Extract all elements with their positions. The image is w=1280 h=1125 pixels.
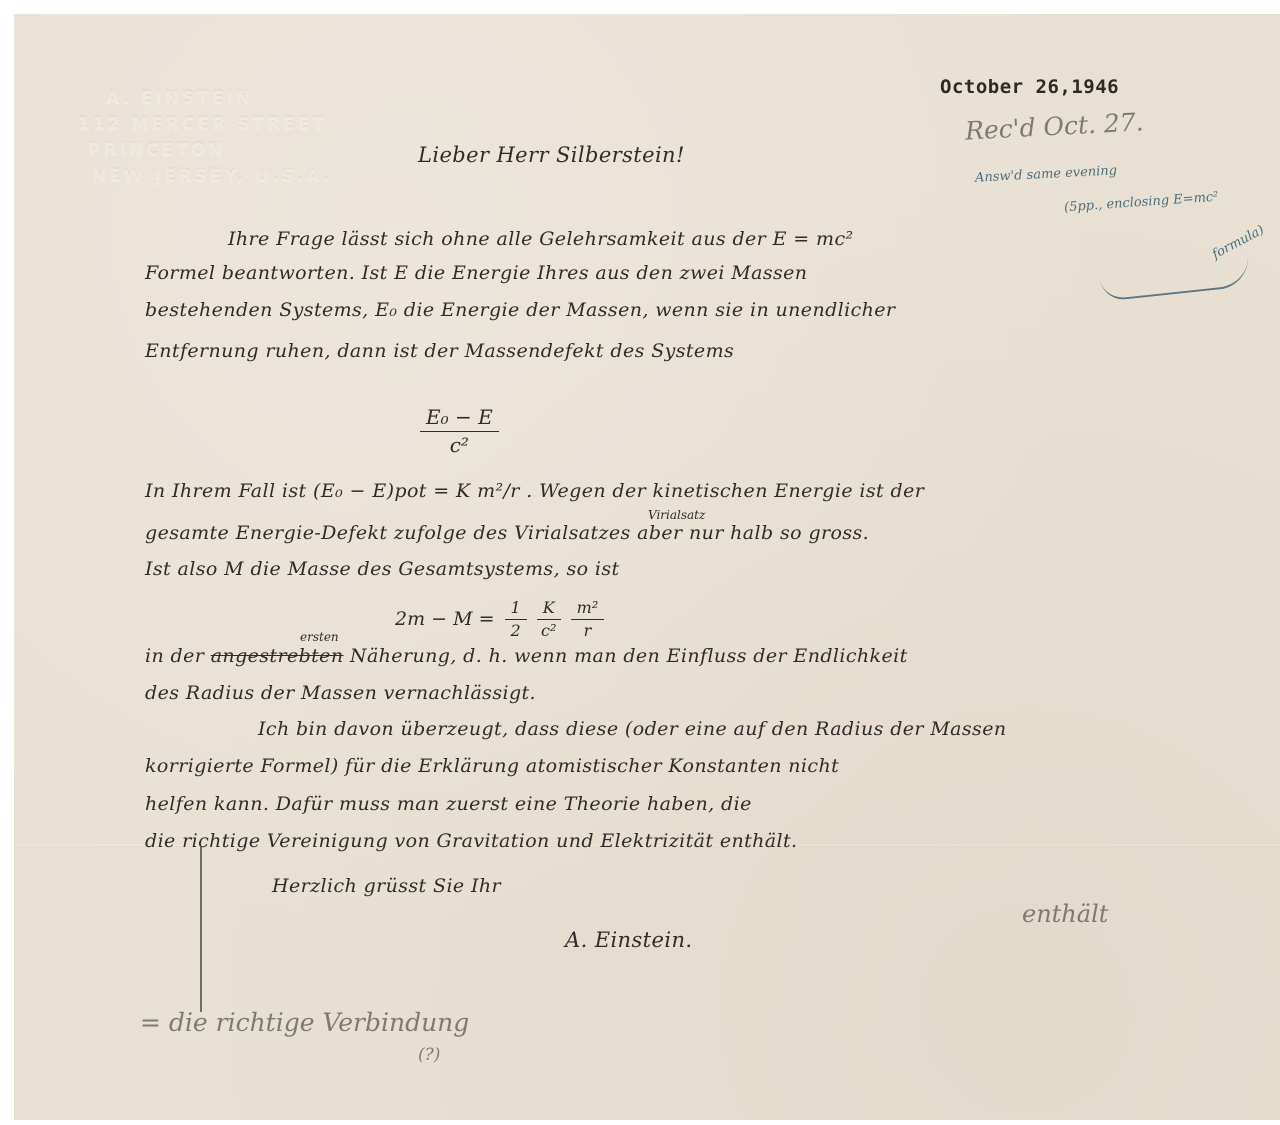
virialsatz-insertion: Virialsatz (648, 508, 705, 522)
letterhead-line: PRINCETON (78, 137, 398, 163)
letter-line: die richtige Vereinigung von Gravitation… (145, 830, 797, 852)
formula-numerator: E₀ − E (420, 405, 499, 432)
letter-line: Ist also M die Masse des Gesamtsystems, … (145, 558, 620, 580)
letter-line: gesamte Energie-Defekt zufolge des Viria… (145, 522, 869, 544)
letter-line: helfen kann. Dafür muss man zuerst eine … (145, 793, 752, 815)
letterhead-line: A. EINSTEIN (78, 85, 398, 111)
text-prefix: in der (145, 645, 204, 667)
letter-line: in der angestrebten Näherung, d. h. wenn… (145, 645, 908, 667)
letter-line: Entfernung ruhen, dann ist der Massendef… (145, 340, 734, 362)
salutation: Lieber Herr Silberstein! (418, 143, 685, 167)
letterhead-line: NEW JERSEY, U.S.A. (78, 163, 398, 189)
letter-line: Formel beantworten. Ist E die Energie Ih… (145, 262, 807, 284)
r-denominator: r (584, 620, 592, 640)
typed-date: October 26,1946 (940, 76, 1119, 98)
bottom-pencil-query: (?) (418, 1045, 440, 1065)
letter-line: Ihre Frage lässt sich ohne alle Gelehrsa… (228, 228, 854, 250)
letter-line: Ich bin davon überzeugt, dass diese (ode… (258, 718, 1007, 740)
letterhead-line: 112 MERCER STREET (78, 111, 398, 137)
mass-defect-formula: E₀ − E c² (420, 405, 499, 457)
pencil-margin-line (200, 847, 202, 1012)
letter-line: korrigierte Formel) für die Erklärung at… (145, 755, 839, 777)
bottom-pencil-note: = die richtige Verbindung (140, 1008, 469, 1037)
formula-denominator: c² (450, 432, 469, 457)
struck-word: angestrebten (211, 645, 344, 667)
m-numerator: m² (571, 598, 605, 620)
total-mass-formula: 2m − M = 1 2 K c² m² r (395, 598, 604, 640)
embossed-letterhead: A. EINSTEIN 112 MERCER STREET PRINCETON … (78, 85, 398, 189)
coefficient-denominator: 2 (511, 620, 521, 640)
letter-line: des Radius der Massen vernachlässigt. (145, 682, 536, 704)
k-numerator: K (537, 598, 561, 620)
text-rest: Näherung, d. h. wenn man den Einfluss de… (350, 645, 908, 667)
closing: Herzlich grüsst Sie Ihr (272, 875, 501, 897)
formula-lhs: 2m − M = (395, 608, 495, 630)
ersten-insertion: ersten (300, 630, 339, 644)
k-denominator: c² (541, 620, 556, 640)
letter-line: bestehenden Systems, E₀ die Energie der … (145, 299, 895, 321)
signature: A. Einstein. (565, 928, 692, 952)
letter-line: In Ihrem Fall ist (E₀ − E)pot = K m²/r .… (145, 480, 924, 502)
enthaelt-correction: enthält (1022, 900, 1108, 928)
coefficient-numerator: 1 (505, 598, 527, 620)
